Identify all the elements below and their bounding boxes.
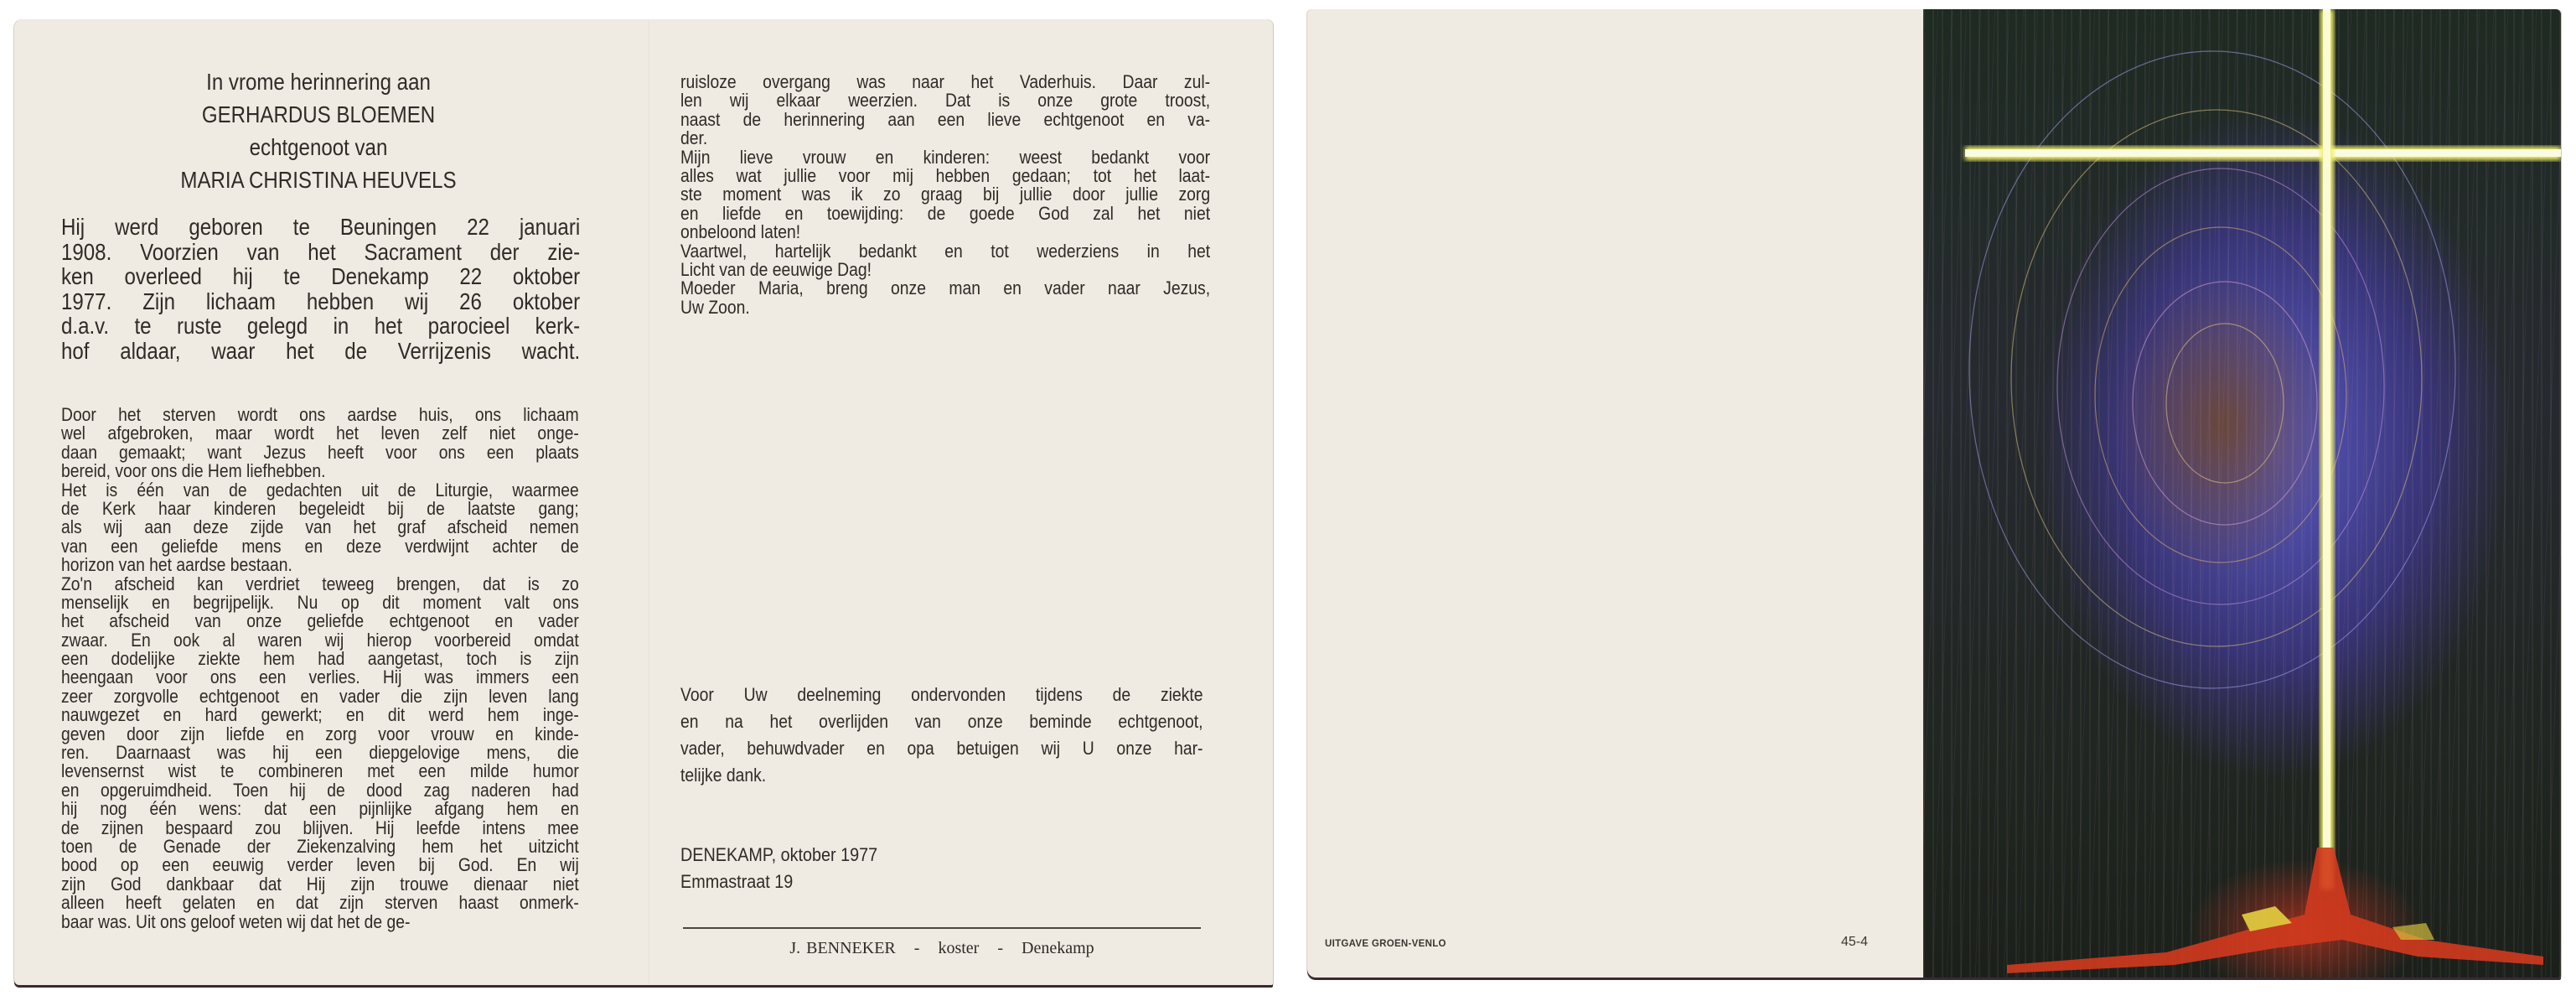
- cross-icon: [1923, 9, 2561, 977]
- text-line: d.a.v. te ruste gelegd in het parocieel …: [61, 314, 580, 339]
- printer-town: Denekamp: [1022, 939, 1094, 957]
- text-line: alleen heeft gelaten en dat zijn sterven…: [61, 894, 579, 912]
- heading-line: In vrome herinnering aan: [88, 65, 549, 98]
- separator: -: [914, 939, 920, 957]
- printer-name: J. BENNEKER: [789, 939, 895, 957]
- text-line: ste moment was ik zo graag bij jullie do…: [680, 185, 1210, 204]
- text-line: en na het overlijden van onze beminde ec…: [680, 708, 1203, 735]
- text-line: len wij elkaar weerzien. Dat is onze gro…: [680, 91, 1210, 110]
- reflection-text: Door het sterven wordt ons aardse huis, …: [61, 406, 579, 931]
- text-line: bood op een eeuwig verder leven bij God.…: [61, 856, 579, 874]
- place-date: DENEKAMP, oktober 1977: [680, 842, 877, 869]
- cross-painting-image: [1923, 9, 2561, 977]
- text-line: menselijk en begrijpelijk. Nu op dit mom…: [61, 594, 579, 612]
- text-line: telijke dank.: [680, 762, 1203, 789]
- cross: [1965, 9, 2561, 889]
- text-line: hof aldaar, waar het de Verrijzenis wach…: [61, 339, 580, 364]
- deceased-name: GERHARDUS BLOEMEN: [88, 98, 549, 131]
- text-line: Door het sterven wordt ons aardse huis, …: [61, 406, 579, 424]
- acknowledgement-text: Voor Uw deelneming ondervonden tijdens d…: [680, 682, 1203, 789]
- text-line: geven door zijn liefde en zorg voor vrou…: [61, 725, 579, 744]
- text-line: van een geliefde mens en deze verdwijnt …: [61, 537, 579, 556]
- text-line: Voor Uw deelneming ondervonden tijdens d…: [680, 682, 1203, 708]
- publisher-credit: UITGAVE GROEN-VENLO: [1325, 939, 1446, 949]
- text-line: heengaan voor ons een verlies. Hij was i…: [61, 668, 579, 687]
- text-line: baar was. Uit ons geloof weten wij dat h…: [61, 913, 579, 931]
- text-line: Het is één van de gedachten uit de Litur…: [61, 481, 579, 500]
- text-line: ruisloze overgang was naar het Vaderhuis…: [680, 73, 1210, 91]
- text-line: een dodelijke ziekte hem had aangetast, …: [61, 650, 579, 668]
- text-line: ren. Daarnaast was hij een diepgelovige …: [61, 744, 579, 762]
- text-line: 1977. Zijn lichaam hebben wij 26 oktober: [61, 289, 580, 314]
- address: Emmastraat 19: [680, 869, 877, 895]
- text-line: 1908. Voorzien van het Sacrament der zie…: [61, 240, 580, 265]
- text-line: zijn God dankbaar dat Hij zijn trouwe di…: [61, 875, 579, 894]
- text-line: Uw Zoon.: [680, 298, 1210, 317]
- spouse-name: MARIA CHRISTINA HEUVELS: [88, 163, 549, 196]
- glowing-roots: [2007, 848, 2543, 973]
- printer-credit: J. BENNEKER-koster-Denekamp: [683, 939, 1201, 958]
- text-line: Zo'n afscheid kan verdriet teweeg brenge…: [61, 575, 579, 594]
- text-line: Vaartwel, hartelijk bedankt en tot weder…: [680, 242, 1210, 261]
- biography-paragraph: Hij werd geboren te Beuningen 22 januari…: [61, 215, 580, 364]
- separator: -: [997, 939, 1003, 957]
- text-line: hij nog één wens: dat een pijnlijke afga…: [61, 800, 579, 818]
- text-line: onbeloond laten!: [680, 223, 1210, 241]
- printer-role: koster: [938, 939, 979, 957]
- text-line: en opgeruimdheid. Toen hij de dood zag n…: [61, 781, 579, 800]
- text-line: zeer zorgvolle echtgenoot en vader die z…: [61, 687, 579, 706]
- text-line: Licht van de eeuwige Dag!: [680, 261, 1210, 279]
- text-line: de Kerk haar kinderen begeleidt bij de l…: [61, 500, 579, 518]
- text-line: en liefde en toewijding: de goede God za…: [680, 205, 1210, 223]
- text-line: naast de herinnering aan een lieve echtg…: [680, 111, 1210, 129]
- text-line: vader, behuwdvader en opa betuigen wij U…: [680, 735, 1203, 762]
- text-line: toen de Genade der Ziekenzalving hem het…: [61, 837, 579, 856]
- continuation-text: ruisloze overgang was naar het Vaderhuis…: [680, 73, 1210, 317]
- text-line: ken overleed hij te Denekamp 22 oktober: [61, 264, 580, 289]
- text-line: alles wat jullie voor mij hebben gedaan;…: [680, 167, 1210, 185]
- text-line: daan gemaakt; want Jezus heeft voor ons …: [61, 443, 579, 462]
- text-line: horizon van het aardse bestaan.: [61, 556, 579, 574]
- text-line: Mijn lieve vrouw en kinderen: weest beda…: [680, 148, 1210, 167]
- text-line: nauwgezet en hard gewerkt; en dit werd h…: [61, 706, 579, 724]
- text-line: de zijnen bespaard zou blijven. Hij leef…: [61, 819, 579, 837]
- text-line: Moeder Maria, breng onze man en vader na…: [680, 279, 1210, 298]
- card-fold-line: [649, 19, 650, 985]
- text-line: als wij aan deze zijde van het graf afsc…: [61, 518, 579, 537]
- catalog-number: 45-4: [1841, 935, 1868, 950]
- place-and-address: DENEKAMP, oktober 1977 Emmastraat 19: [680, 842, 877, 895]
- text-line: bereid, voor ons die Hem liefhebben.: [61, 462, 579, 480]
- text-line: het afscheid van onze geliefde echtgenoo…: [61, 612, 579, 630]
- text-line: Hij werd geboren te Beuningen 22 januari: [61, 215, 580, 240]
- heading-line: echtgenoot van: [88, 131, 549, 163]
- text-line: der.: [680, 129, 1210, 148]
- text-line: zwaar. En ook al waren wij hierop voorbe…: [61, 631, 579, 650]
- memorial-card-outside: UITGAVE GROEN-VENLO 45-4: [1307, 9, 2561, 977]
- divider-line: [683, 927, 1201, 929]
- text-line: wel afgebroken, maar wordt het leven zel…: [61, 424, 579, 443]
- memorial-heading: In vrome herinnering aan GERHARDUS BLOEM…: [88, 65, 549, 196]
- text-line: levensernst wist te combineren met een m…: [61, 762, 579, 780]
